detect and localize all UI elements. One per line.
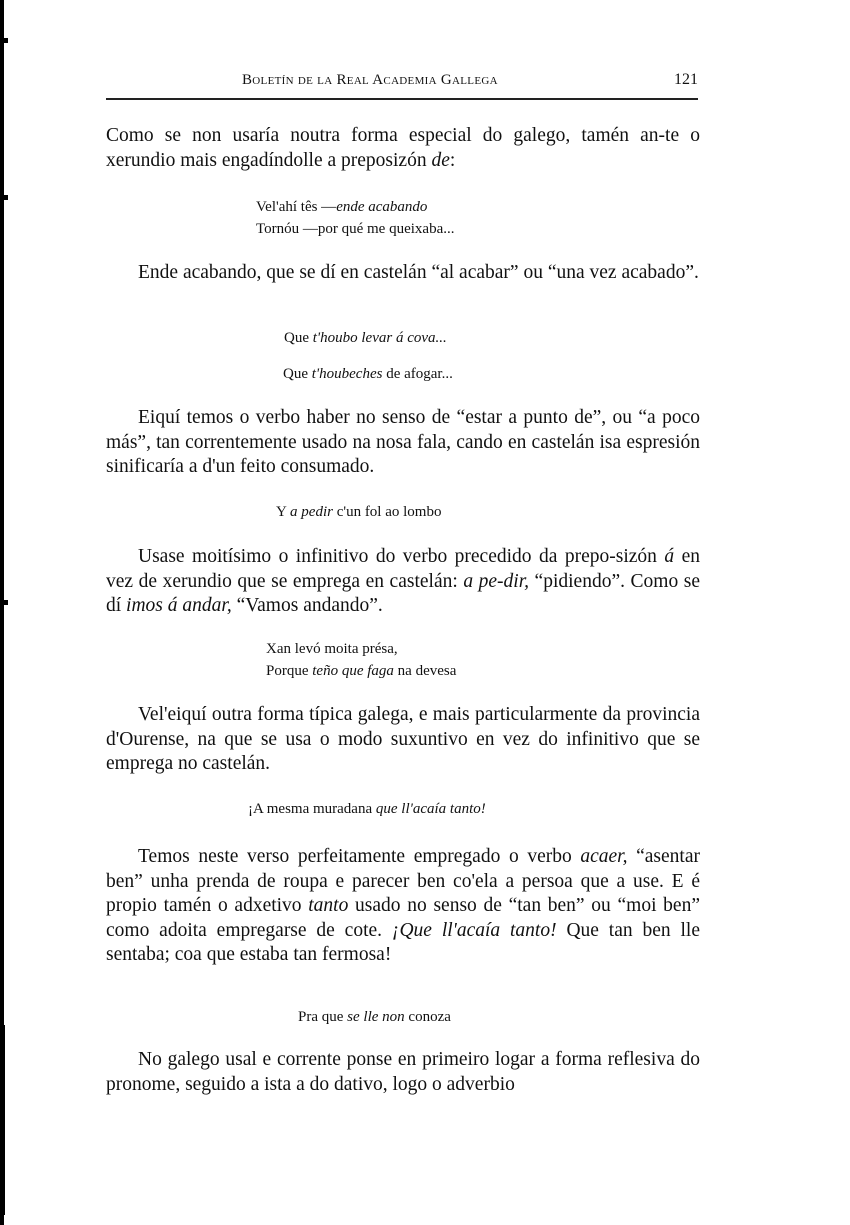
text-run: de afogar... xyxy=(382,366,452,382)
verse-quote: Vel'ahí tês —ende acabandoTornóu —por qu… xyxy=(256,196,454,240)
verse-quote: Que t'houbeches de afogar... xyxy=(283,363,453,385)
verse-line: Vel'ahí tês —ende acabando xyxy=(256,196,454,218)
paragraph-text: No galego usal e corrente ponse en prime… xyxy=(106,1048,700,1097)
verse-quote: ¡A mesma muradana que ll'acaía tanto! xyxy=(248,798,486,820)
text-run: Tornóu —por qué me queixaba... xyxy=(256,221,454,237)
verse-line: ¡A mesma muradana que ll'acaía tanto! xyxy=(248,798,486,820)
verse-line: Tornóu —por qué me queixaba... xyxy=(256,218,454,240)
verse-quote: Y a pedir c'un fol ao lombo xyxy=(276,501,441,523)
paragraph: Vel'eiquí outra forma típica galega, e m… xyxy=(106,703,700,777)
verse-line: Y a pedir c'un fol ao lombo xyxy=(276,501,441,523)
header-rule xyxy=(106,98,698,100)
text-run: Pra que xyxy=(298,1009,347,1025)
text-run: “Vamos andando”. xyxy=(232,595,383,616)
verse-quote: Que t'houbo levar á cova... xyxy=(284,327,447,349)
paragraph: No galego usal e corrente ponse en prime… xyxy=(106,1048,700,1097)
italic-run: a pedir xyxy=(290,504,333,520)
italic-run: t'houbo levar á cova... xyxy=(313,330,447,346)
scan-edge-mark xyxy=(0,600,8,605)
running-title: Boletín de la Real Academia Gallega xyxy=(242,72,498,89)
text-run: c'un fol ao lombo xyxy=(333,504,442,520)
italic-run: acaer, xyxy=(580,846,627,867)
text-run: ¡A mesma muradana xyxy=(248,801,376,817)
text-run: Eiquí temos o verbo haber no senso de “e… xyxy=(106,407,700,477)
italic-run: imos á andar, xyxy=(126,595,232,616)
verse-line: Xan levó moita présa, xyxy=(266,638,456,660)
italic-run: que ll'acaía tanto! xyxy=(376,801,486,817)
paragraph-text: Usase moitísimo o infinitivo do verbo pr… xyxy=(106,545,700,619)
text-run: Usase moitísimo o infinitivo do verbo pr… xyxy=(138,546,664,567)
text-run: No galego usal e corrente ponse en prime… xyxy=(106,1049,700,1095)
text-run: Vel'ahí tês — xyxy=(256,199,336,215)
paragraph-text: Temos neste verso perfeitamente empregad… xyxy=(106,845,700,968)
paragraph: Temos neste verso perfeitamente empregad… xyxy=(106,845,700,968)
text-run: Vel'eiquí outra forma típica galega, e m… xyxy=(106,704,700,774)
verse-line: Pra que se lle non conoza xyxy=(298,1006,451,1028)
italic-run: a pe-dir, xyxy=(463,571,529,592)
paragraph-text: Ende acabando, que se dí en castelán “al… xyxy=(106,261,700,286)
paragraph: Como se non usaría noutra forma especial… xyxy=(106,124,700,173)
italic-run: teño que faga xyxy=(312,663,394,679)
italic-run: á xyxy=(664,546,674,567)
text-run: Que xyxy=(283,366,312,382)
text-run: Que xyxy=(284,330,313,346)
verse-line: Que t'houbeches de afogar... xyxy=(283,363,453,385)
italic-run: se lle non xyxy=(347,1009,405,1025)
text-run: Xan levó moita présa, xyxy=(266,641,398,657)
page-number: 121 xyxy=(674,71,698,89)
verse-line: Que t'houbo levar á cova... xyxy=(284,327,447,349)
scan-edge-bracket xyxy=(2,1025,5,1215)
text-run: Porque xyxy=(266,663,312,679)
text-run: conoza xyxy=(405,1009,451,1025)
paragraph-text: Vel'eiquí outra forma típica galega, e m… xyxy=(106,703,700,777)
verse-quote: Pra que se lle non conoza xyxy=(298,1006,451,1028)
italic-run: ende acabando xyxy=(336,199,427,215)
paragraph-text: Como se non usaría noutra forma especial… xyxy=(106,124,700,173)
paragraph: Usase moitísimo o infinitivo do verbo pr… xyxy=(106,545,700,619)
text-run: Como se non usaría noutra forma especial… xyxy=(106,125,700,171)
italic-run: t'houbeches xyxy=(312,366,383,382)
italic-run: ¡Que ll'acaía tanto! xyxy=(392,920,557,941)
page-header: Boletín de la Real Academia Gallega 121 xyxy=(106,68,698,98)
verse-quote: Xan levó moita présa,Porque teño que fag… xyxy=(266,638,456,682)
text-run: Y xyxy=(276,504,290,520)
text-run: Ende acabando, que se dí en castelán “al… xyxy=(138,262,699,283)
text-run: Temos neste verso perfeitamente empregad… xyxy=(138,846,580,867)
text-run: na devesa xyxy=(394,663,456,679)
paragraph: Ende acabando, que se dí en castelán “al… xyxy=(106,261,700,286)
scan-edge-mark xyxy=(0,38,8,43)
scan-edge-mark xyxy=(0,195,8,200)
text-run: : xyxy=(450,150,455,171)
italic-run: de xyxy=(431,150,449,171)
paragraph: Eiquí temos o verbo haber no senso de “e… xyxy=(106,406,700,480)
verse-line: Porque teño que faga na devesa xyxy=(266,660,456,682)
paragraph-text: Eiquí temos o verbo haber no senso de “e… xyxy=(106,406,700,480)
italic-run: tanto xyxy=(308,895,348,916)
